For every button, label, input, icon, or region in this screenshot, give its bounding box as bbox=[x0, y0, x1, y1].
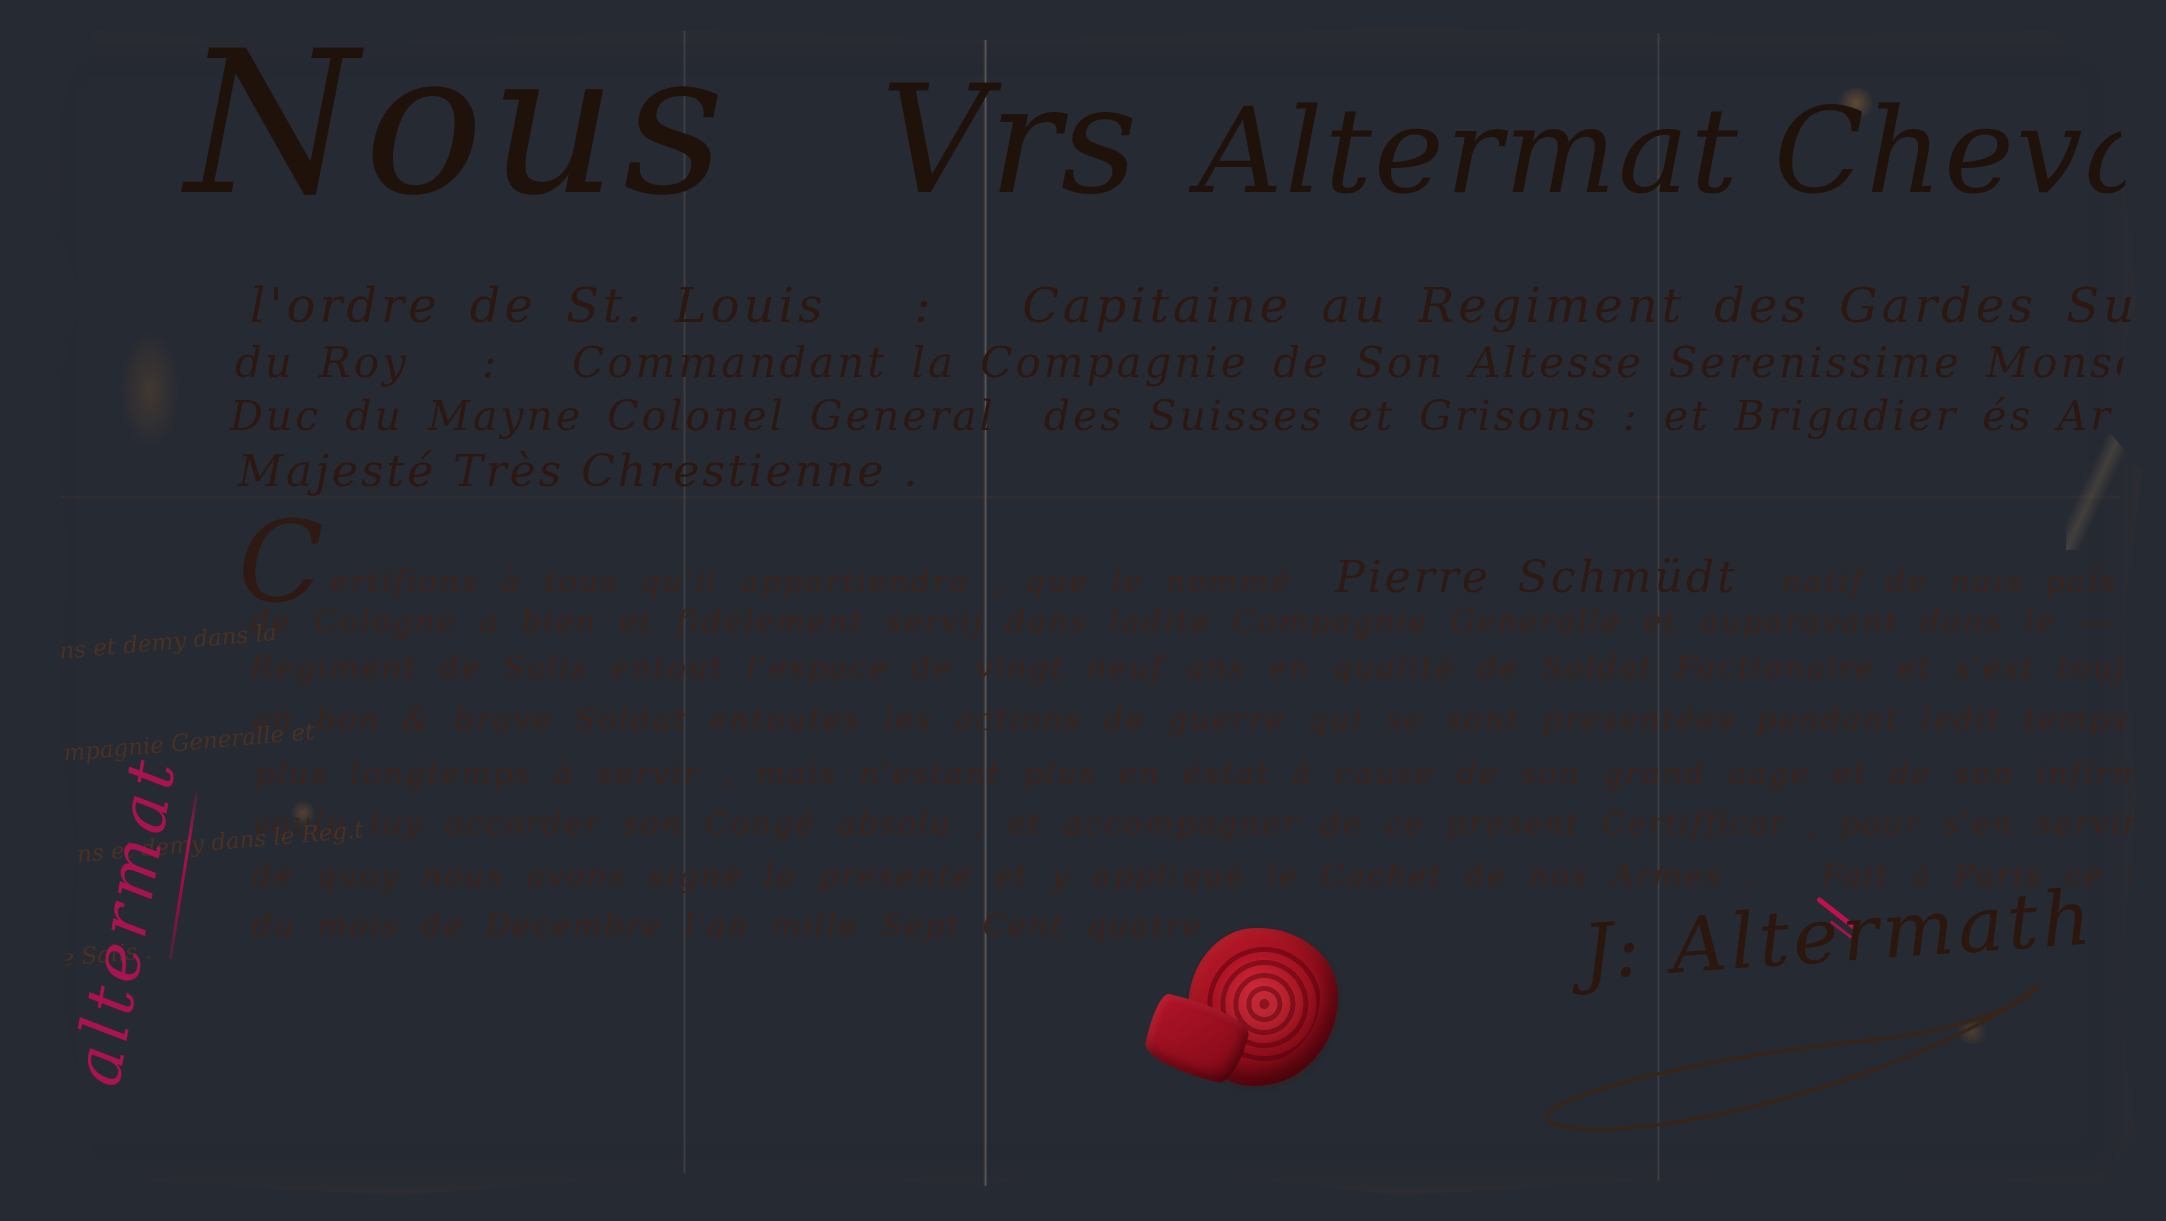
body-line-2: de Cologne a bien et fidélement servij d… bbox=[250, 604, 2112, 640]
title-line-duc-du-mayne: Duc du Mayne Colonel General des Suisses… bbox=[230, 392, 2166, 440]
title-line-majeste: Majesté Très Chrestienne . bbox=[238, 446, 920, 497]
heading-word-vrs: Vrs bbox=[881, 54, 1138, 228]
paper-stain bbox=[120, 330, 180, 450]
margin-note-service-years: 18 ans et demy dans la Compagnie General… bbox=[2, 542, 380, 1046]
document-heading: Nous Vrs Altermat Chevalier de bbox=[185, 8, 2065, 239]
signature-flourish bbox=[1492, 952, 2072, 1152]
body-line-8: du mois de Decembre l'an mille Sept Cent… bbox=[252, 908, 1236, 944]
manuscript-photo: Nous Vrs Altermat Chevalier de l'ordre d… bbox=[0, 0, 2166, 1221]
heading-word-nous: Nous bbox=[185, 8, 731, 239]
parchment-sheet: Nous Vrs Altermat Chevalier de l'ordre d… bbox=[0, 0, 2166, 1221]
body-line-1-pre: ertifions à tous qu'il appartiendra , qu… bbox=[330, 564, 1335, 600]
heading-word-chevalier-de: Chevalier de bbox=[1774, 82, 2166, 220]
body-line-1: ertifions à tous qu'il appartiendra , qu… bbox=[330, 552, 2117, 603]
margin-note-line-1: 18 ans et demy dans la bbox=[8, 610, 347, 673]
soldier-name: Pierre Schmüdt bbox=[1335, 552, 1738, 603]
body-line-4: en bon & brave Soldat entoutes les actio… bbox=[252, 702, 2166, 738]
body-line-6: voulu luy accorder son Congé absolu , et… bbox=[252, 806, 2166, 842]
title-line-du-roy: du Roy : Commandant la Compagnie de Son … bbox=[235, 338, 2166, 387]
heading-word-altermat: Altermat bbox=[1198, 82, 1740, 220]
body-line-1-post: natif de nuis païs bbox=[1738, 564, 2118, 600]
body-line-5: plus longtemps à servir , mais n'estant … bbox=[255, 756, 2166, 792]
body-line-3: Regiment de Salis entout l'espace de vin… bbox=[250, 650, 2166, 686]
title-line-ordre-st-louis: l'ordre de St. Louis : Capitaine au Regi… bbox=[250, 278, 2166, 334]
margin-note-line-3: 10 ans et demy dans le Reg.t bbox=[26, 813, 365, 876]
